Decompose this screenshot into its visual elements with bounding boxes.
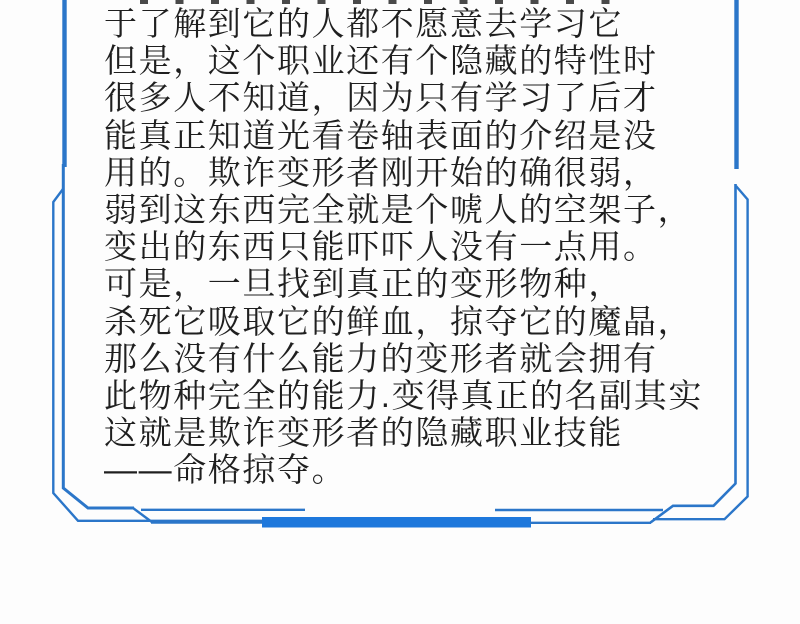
dialog-line-10: 那么没有什么能力的变形者就会拥有 bbox=[104, 340, 752, 377]
dialog-line-6: 弱到这东西完全就是个唬人的空架子， bbox=[104, 191, 752, 228]
dialog-line-5: 用的。欺诈变形者刚开始的确很弱， bbox=[104, 154, 752, 191]
dialog-line-13: ——命格掠夺。 bbox=[104, 451, 752, 488]
dialog-line-9: 杀死它吸取它的鲜血，掠夺它的魔晶， bbox=[104, 303, 752, 340]
dialog-line-8: 可是，一旦找到真正的变形物种， bbox=[104, 265, 752, 302]
dialog-line-4: 能真正知道光看卷轴表面的介绍是没 bbox=[104, 117, 752, 154]
dialog-line-1: 于了解到它的人都不愿意去学习它 bbox=[104, 5, 752, 42]
dialog-line-7: 变出的东西只能吓吓人没有一点用。 bbox=[104, 228, 752, 265]
dialog-line-11: 此物种完全的能力.变得真正的名副其实 bbox=[104, 377, 752, 414]
dialog-text-block: 于了解到它的人都不愿意去学习它 但是，这个职业还有个隐藏的特性时 很多人不知道，… bbox=[104, 5, 752, 488]
dialog-line-12: 这就是欺诈变形者的隐藏职业技能 bbox=[104, 414, 752, 451]
dialog-line-2: 但是，这个职业还有个隐藏的特性时 bbox=[104, 42, 752, 79]
frame-bottom-accent-bar bbox=[262, 517, 531, 528]
comic-page: 于了解到它的人都不愿意去学习它 但是，这个职业还有个隐藏的特性时 很多人不知道，… bbox=[0, 0, 800, 624]
dialog-line-3: 很多人不知道，因为只有学习了后才 bbox=[104, 79, 752, 116]
clipped-top-text-row bbox=[140, 0, 618, 4]
